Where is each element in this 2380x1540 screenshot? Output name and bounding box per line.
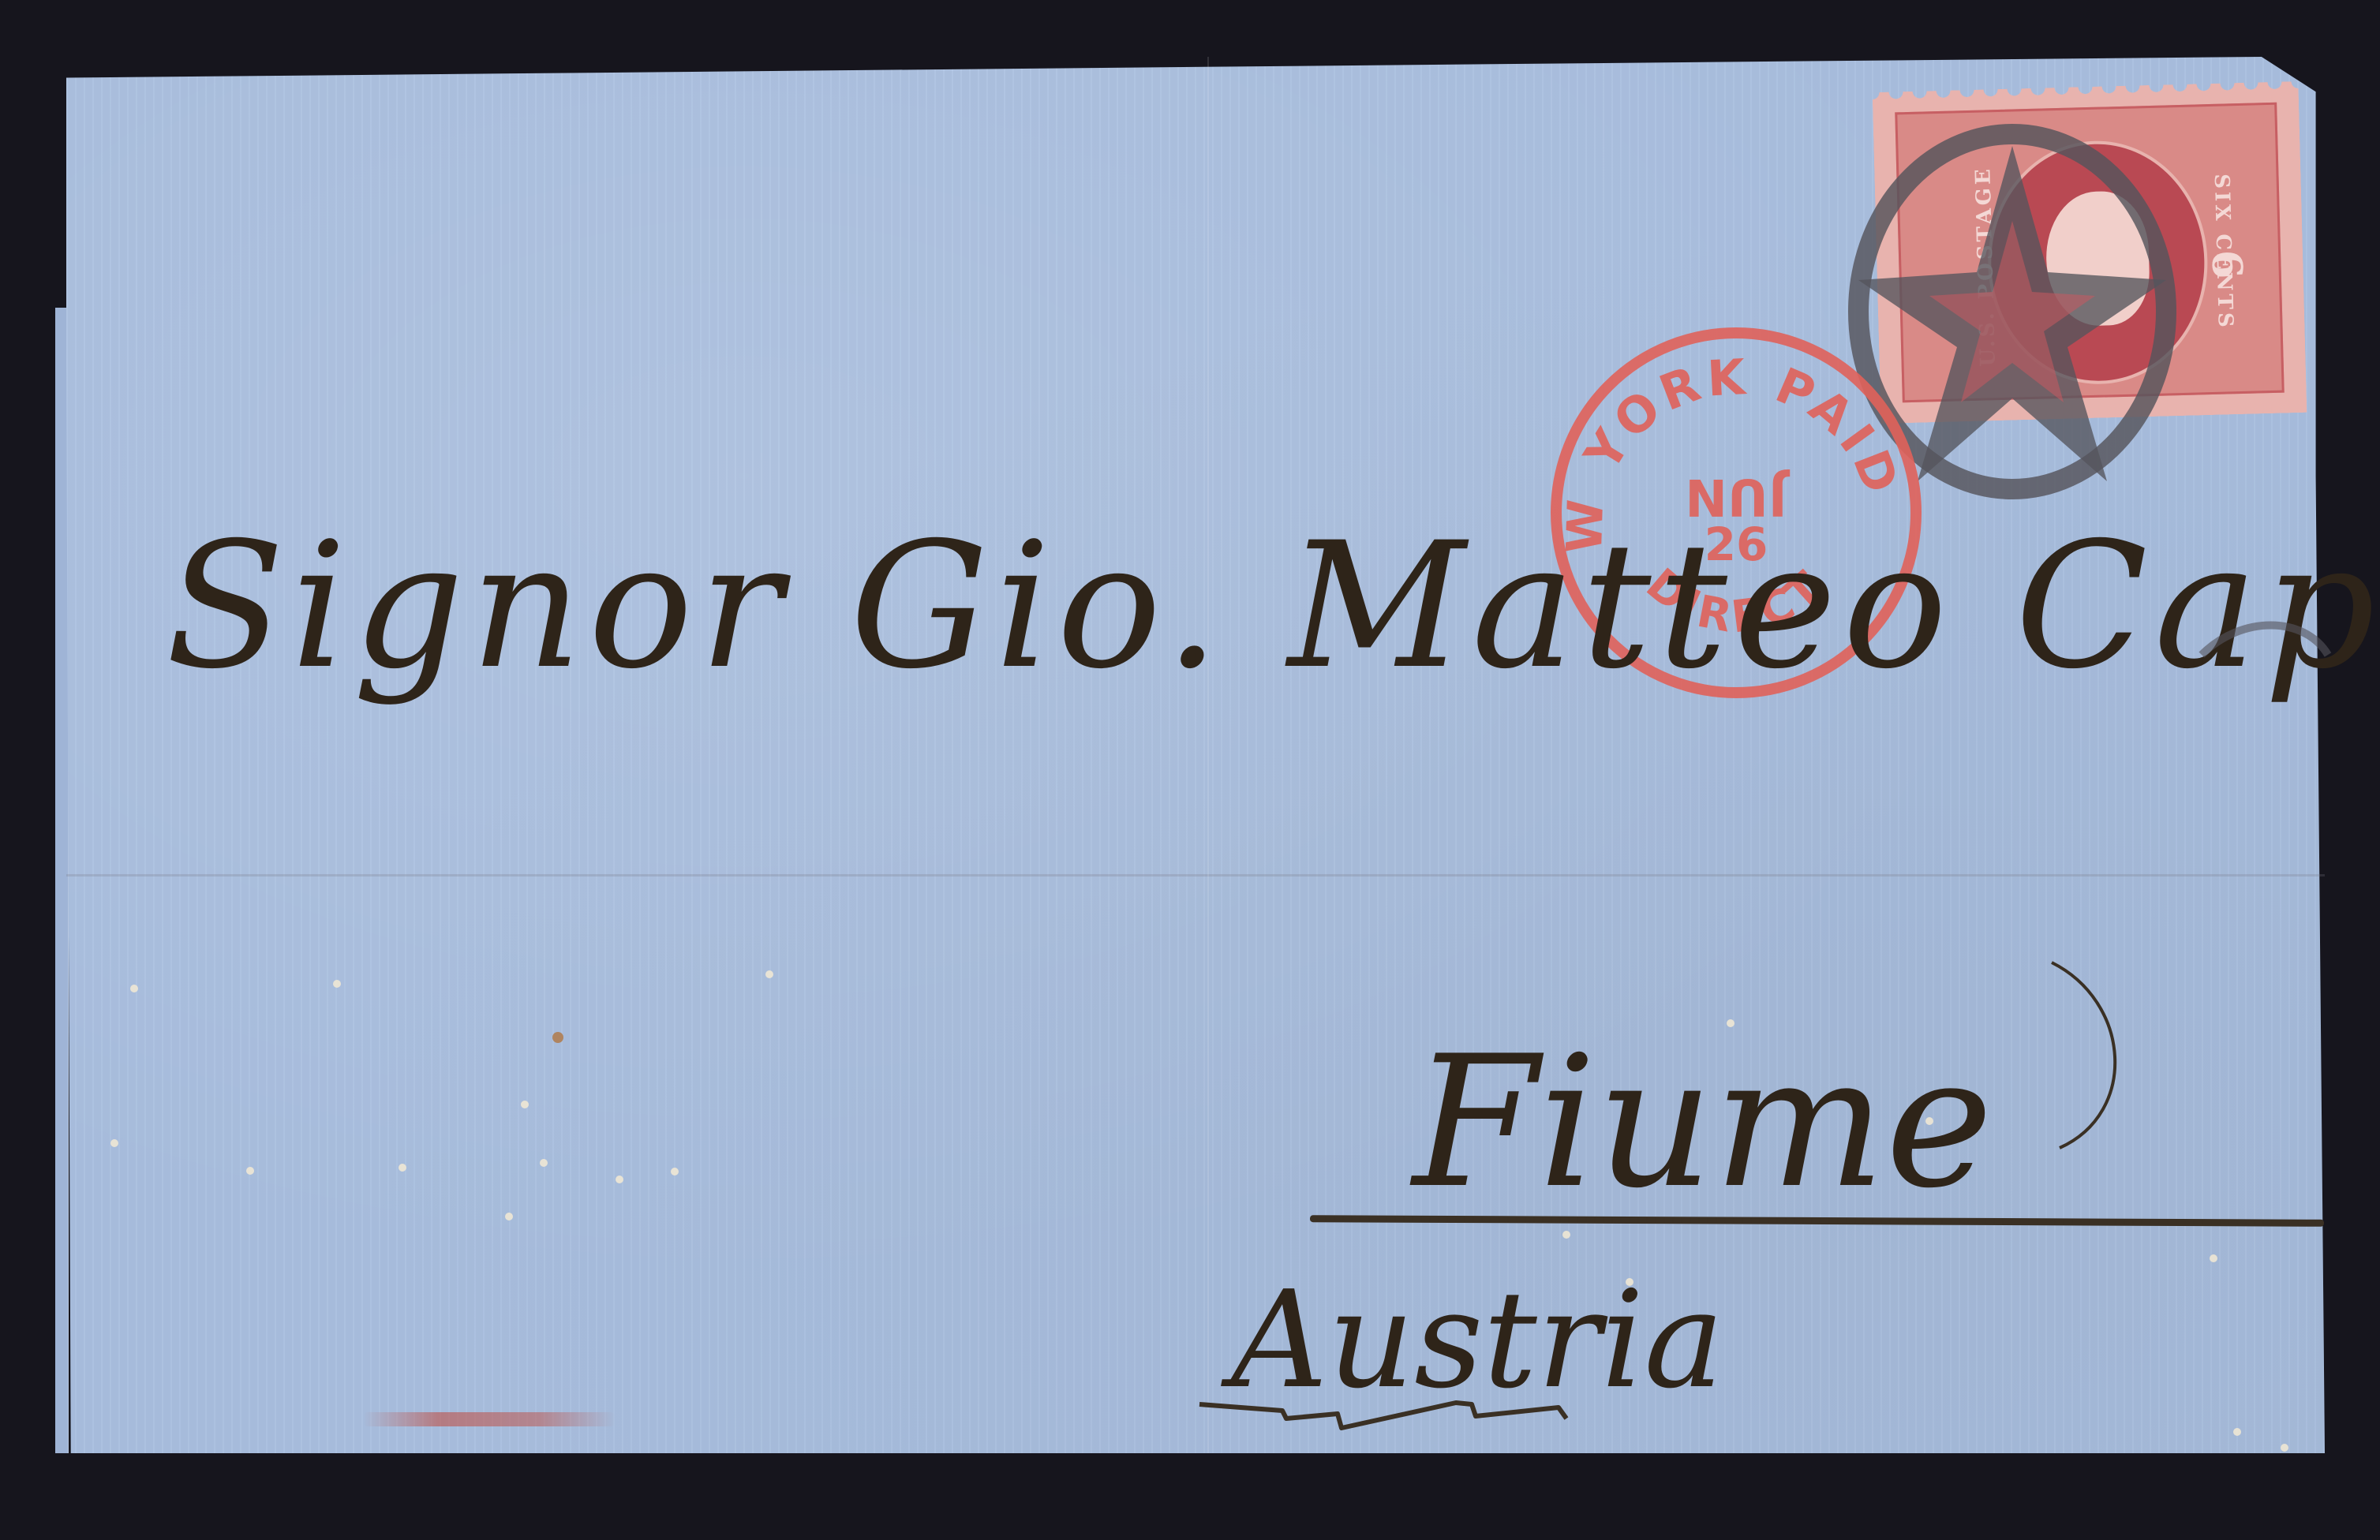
- horizontal-fold-line: [66, 874, 2325, 877]
- country-underline-squiggle: [1196, 1396, 1606, 1444]
- scan-background: U.S. POSTAGE SIX CENTS 6 NEW YORK PAID A…: [0, 0, 2380, 1540]
- address-recipient-line: Signor Gio. Matteo Capulich: [166, 505, 2380, 707]
- red-ink-stain: [363, 1412, 616, 1426]
- vertical-fold-line: [1207, 57, 1209, 1453]
- address-country-line: Austria: [1231, 1262, 1724, 1419]
- stamp-value-numeral: 6: [2202, 249, 2251, 279]
- brown-spot: [552, 1032, 563, 1043]
- folded-flap-edge: [55, 308, 69, 1453]
- cancel-tail-mark: [2194, 607, 2336, 702]
- address-city-line: Fiume: [1413, 1018, 1993, 1228]
- pen-flourish-icon: [2044, 955, 2139, 1152]
